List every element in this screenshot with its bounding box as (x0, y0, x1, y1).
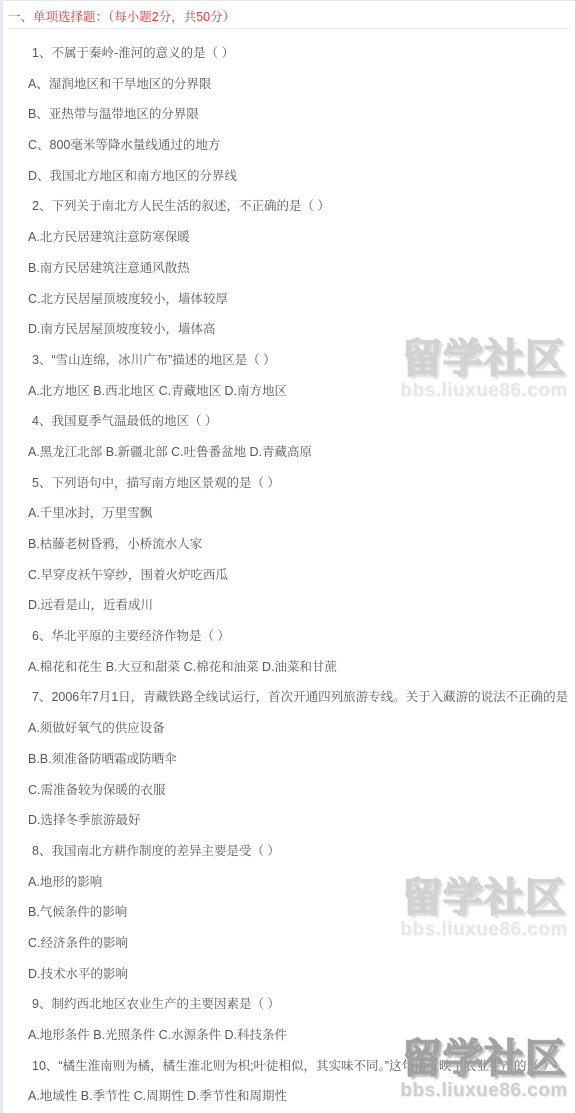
question-stem: 1、不属于秦岭-淮河的意义的是（ ） (8, 38, 571, 69)
option-line: B.B.须准备防晒霜或防晒伞 (8, 744, 571, 775)
option-line: A、湿润地区和干旱地区的分界限 (8, 69, 571, 100)
exam-document: 一、单项选择题：（每小题2分，共50分） 1、不属于秦岭-淮河的意义的是（ ） … (0, 1, 575, 1112)
section-heading: 一、单项选择题：（每小题2分，共50分） (8, 6, 571, 29)
option-line: B.枯藤老树昏鸦，小桥流水人家 (8, 529, 571, 560)
option-line: B.南方民居建筑注意通风散热 (8, 253, 571, 284)
option-line: A.须做好氧气的供应设备 (8, 713, 571, 744)
option-line: C.经济条件的影响 (8, 928, 571, 959)
option-line: A.黑龙江北部 B.新疆北部 C.吐鲁番盆地 D.青藏高原 (8, 437, 571, 468)
question-stem: 2、下列关于南北方人民生活的叙述，不正确的是（ ） (8, 191, 571, 222)
option-line: A.北方地区 B.西北地区 C.青藏地区 D.南方地区 (8, 376, 571, 407)
option-line: B、亚热带与温带地区的分界限 (8, 99, 571, 130)
question-stem: 5、下列语句中，描写南方地区景观的是（ ） (8, 468, 571, 499)
question-stem: 8、我国南北方耕作制度的差异主要是受（ ） (8, 836, 571, 867)
option-line: A.地形条件 B.光照条件 C.水源条件 D.科技条件 (8, 1020, 571, 1051)
option-line: C.需准备较为保暖的衣服 (8, 775, 571, 806)
option-line: A.地域性 B.季节性 C.周期性 D.季节性和周期性 (8, 1081, 571, 1112)
option-line: A.千里冰封，万里雪飘 (8, 498, 571, 529)
option-line: A.地形的影响 (8, 867, 571, 898)
option-line: D.选择冬季旅游最好 (8, 805, 571, 836)
option-line: C.早穿皮袄午穿纱，围着火炉吃西瓜 (8, 560, 571, 591)
option-line: C、800毫米等降水量线通过的地方 (8, 130, 571, 161)
question-stem: 4、我国夏季气温最低的地区（ ） (8, 406, 571, 437)
option-line: B.气候条件的影响 (8, 897, 571, 928)
option-line: D、我国北方地区和南方地区的分界线 (8, 161, 571, 192)
question-stem: 6、华北平原的主要经济作物是（ ） (8, 621, 571, 652)
option-line: C.北方民居屋顶坡度较小，墙体较厚 (8, 284, 571, 315)
option-line: D.技术水平的影响 (8, 959, 571, 990)
question-stem: 10、“橘生淮南则为橘，橘生淮北则为枳;叶徒相似，其实味不同。”这句话反映了农业… (8, 1051, 571, 1082)
question-stem: 9、制约西北地区农业生产的主要因素是（ ） (8, 989, 571, 1020)
option-line: A.北方民居建筑注意防寒保暖 (8, 222, 571, 253)
option-line: A.棉花和花生 B.大豆和甜菜 C.棉花和油菜 D.油菜和甘蔗 (8, 652, 571, 683)
option-line: D.远看是山，近看成川 (8, 590, 571, 621)
question-stem: 3、“雪山连绵，冰川广布”描述的地区是（ ） (8, 345, 571, 376)
question-stem: 7、2006年7月1日，青藏铁路全线试运行，首次开通四列旅游专线。关于入藏游的说… (8, 682, 571, 713)
option-line: D.南方民居屋顶坡度较小，墙体高 (8, 314, 571, 345)
